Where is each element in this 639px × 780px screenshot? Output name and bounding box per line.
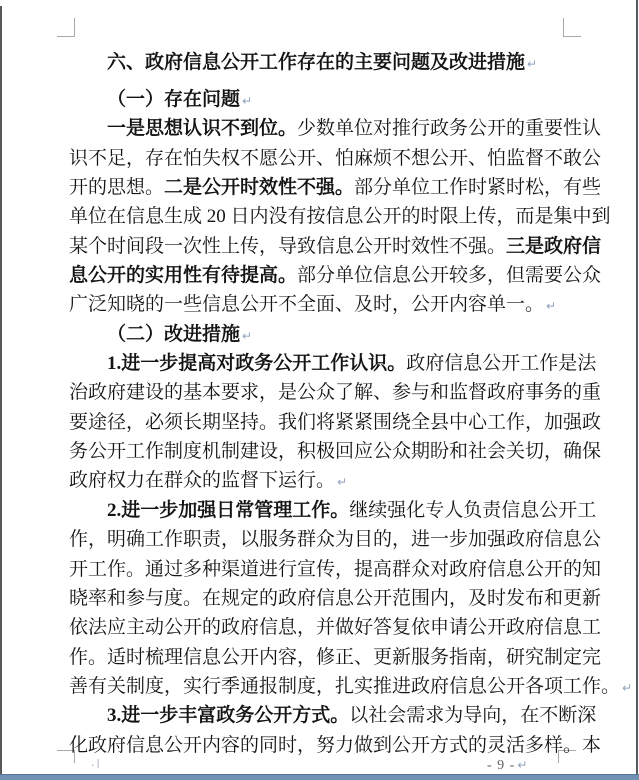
text-run: 善有关制度，实行季通报制度，扎实推进政府信息公开各项工作。 — [69, 676, 620, 697]
doc-text-line: 治政府建设的基本要求，是公众了解、参与和监督政府事务的重 — [69, 378, 570, 407]
doc-heading-line: （二）改进措施↵ — [69, 320, 570, 349]
text-run: 开工作。通过多种渠道进行宣传，提高群众对政府信息公开的知 — [69, 559, 601, 580]
doc-text-line: 要途径，必须长期坚持。我们将紧紧围绕全县中心工作，加强政 — [69, 408, 570, 437]
text-run: 治政府建设的基本要求，是公众了解、参与和监督政府事务的重 — [69, 382, 601, 403]
return-mark-icon: ↵ — [517, 758, 528, 772]
text-run: 某个时间段一次性上传，导致信息公开时效性不强。 — [69, 236, 506, 257]
text-boundary-mark-top-right — [563, 18, 581, 37]
word-document-window: 六、政府信息公开工作存在的主要问题及改进措施↵（一）存在问题↵一是思想认识不到位… — [0, 0, 639, 780]
return-mark-icon: ↵ — [622, 681, 632, 695]
doc-text-line: 作，明确工作职责，以服务群众为目的，进一步加强政府信息公 — [69, 525, 570, 554]
bold-text-run: （二）改进措施 — [107, 324, 240, 345]
return-mark-icon: ↵ — [242, 329, 252, 343]
return-mark-icon: ↵ — [337, 475, 347, 489]
doc-title-line: 六、政府信息公开工作存在的主要问题及改进措施↵ — [69, 40, 570, 85]
bold-text-run: （一）存在问题 — [107, 89, 240, 110]
bold-text-run: 二是公开时效性不强。 — [164, 177, 354, 198]
doc-text-line: 一是思想认识不到位。少数单位对推行政务公开的重要性认 — [69, 114, 570, 143]
bold-text-run: 一是思想认识不到位。 — [107, 118, 297, 139]
text-run: 晓率和参与度。在规定的政府信息公开范围内，及时发布和更新 — [69, 588, 601, 609]
window-left-border — [0, 6, 2, 780]
text-run: 部分单位信息公开较多，但需要公众 — [297, 265, 601, 286]
doc-text-line: 晓率和参与度。在规定的政府信息公开范围内，及时发布和更新 — [69, 584, 570, 613]
doc-text-line: 作。适时梳理信息公开内容，修正、更新服务指南，研究制定完 — [69, 643, 570, 672]
bold-text-run: 六、政府信息公开工作存在的主要问题及改进措施 — [107, 52, 525, 73]
doc-text-line: 单位在信息生成 20 日内没有按信息公开的时限上传，而是集中到 — [69, 202, 570, 231]
page-number-text: - 9 - — [487, 758, 515, 773]
text-run: 要途径，必须长期坚持。我们将紧紧围绕全县中心工作，加强政 — [69, 412, 601, 433]
doc-text-line: 3.进一步丰富政务公开方式。以社会需求为导向，在不断深 — [69, 701, 570, 730]
bold-text-run: 2.进一步加强日常管理工作。 — [107, 500, 349, 521]
text-run: 少数单位对推行政务公开的重要性认 — [297, 118, 601, 139]
text-run: 广泛知晓的一些信息公开不全面、及时，公开内容单一。 — [69, 294, 544, 315]
text-run: 开的思想。 — [69, 177, 164, 198]
doc-text-line: 识不足，存在怕失权不愿公开、怕麻烦不想公开、怕监督不敢公 — [69, 144, 570, 173]
text-run: 部分单位工作时紧时松，有些 — [354, 177, 601, 198]
text-run: 依法应主动公开的政府信息，并做好答复依申请公开政府信息工 — [69, 617, 601, 638]
text-run: 以社会需求为导向，在不断深 — [349, 705, 596, 726]
window-right-border — [636, 0, 638, 780]
bold-text-run: 3.进一步丰富政务公开方式。 — [107, 705, 349, 726]
doc-text-line: 务公开工作制度机制建设，积极回应公众期盼和社会关切，确保 — [69, 437, 570, 466]
text-run: 识不足，存在怕失权不愿公开、怕麻烦不想公开、怕监督不敢公 — [69, 148, 601, 169]
doc-text-line: 开工作。通过多种渠道进行宣传，提高群众对政府信息公开的知 — [69, 555, 570, 584]
doc-text-line: 广泛知晓的一些信息公开不全面、及时，公开内容单一。↵ — [69, 290, 570, 319]
text-run: 政府权力在群众的监督下运行。 — [69, 470, 335, 491]
document-body[interactable]: 六、政府信息公开工作存在的主要问题及改进措施↵（一）存在问题↵一是思想认识不到位… — [69, 40, 570, 760]
text-run: 单位在信息生成 20 日内没有按信息公开的时限上传，而是集中到 — [69, 206, 611, 227]
doc-text-line: 1.进一步提高对政务公开工作认识。政府信息公开工作是法 — [69, 349, 570, 378]
text-run: 化政府信息公开内容的同时，努力做到公开方式的灵活多样。本 — [69, 735, 601, 756]
bold-text-run: 三是政府信 — [506, 236, 601, 257]
doc-text-line: 某个时间段一次性上传，导致信息公开时效性不强。三是政府信 — [69, 232, 570, 261]
doc-text-line: 政府权力在群众的监督下运行。↵ — [69, 466, 570, 495]
return-mark-icon: ↵ — [242, 94, 252, 108]
bold-text-run: 1.进一步提高对政务公开工作认识。 — [107, 353, 406, 374]
doc-text-line: 2.进一步加强日常管理工作。继续强化专人负责信息公开工 — [69, 496, 570, 525]
window-bottom-bar — [0, 774, 639, 780]
text-run: 作，明确工作职责，以服务群众为目的，进一步加强政府信息公 — [69, 529, 601, 550]
doc-text-line: 化政府信息公开内容的同时，努力做到公开方式的灵活多样。本 — [69, 731, 570, 760]
text-run: 政府信息公开工作是法 — [406, 353, 596, 374]
doc-text-line: 依法应主动公开的政府信息，并做好答复依申请公开政府信息工 — [69, 613, 570, 642]
text-run: 继续强化专人负责信息公开工 — [349, 500, 596, 521]
bold-text-run: 息公开的实用性有待提高。 — [69, 265, 297, 286]
text-run: 作。适时梳理信息公开内容，修正、更新服务指南，研究制定完 — [69, 647, 601, 668]
doc-text-line: 开的思想。二是公开时效性不强。部分单位工作时紧时松，有些 — [69, 173, 570, 202]
text-boundary-mark-top-left — [57, 18, 75, 37]
page-number: - 9 -↵ — [487, 757, 577, 774]
return-mark-icon: ↵ — [527, 57, 537, 71]
return-mark-icon: ↵ — [546, 299, 556, 313]
text-run: 务公开工作制度机制建设，积极回应公众期盼和社会关切，确保 — [69, 441, 601, 462]
doc-text-line: 息公开的实用性有待提高。部分单位信息公开较多，但需要公众 — [69, 261, 570, 290]
footer-artifact-mark: .| — [90, 759, 101, 769]
doc-text-line: 善有关制度，实行季通报制度，扎实推进政府信息公开各项工作。↵ — [69, 672, 570, 701]
doc-heading-line: （一）存在问题↵ — [69, 85, 570, 114]
